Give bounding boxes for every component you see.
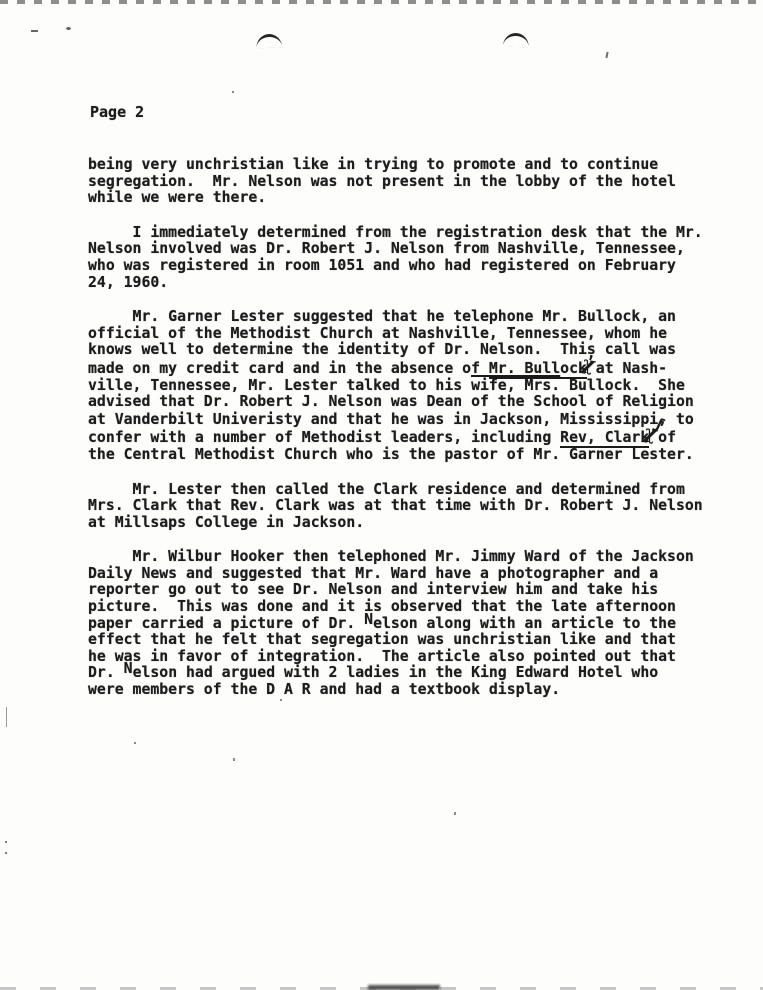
text-line: paper carried a picture of Dr. Nelson al… [88, 616, 736, 633]
ink-speck [233, 758, 235, 761]
text-segment: Bullock. She [560, 377, 685, 394]
text-segment: Mr. Garner Lester suggested that he tele… [88, 308, 676, 325]
text-line: Nelson involved was Dr. Robert J. Nelson… [88, 241, 736, 258]
text-segment: at Nash- [587, 360, 667, 377]
text-line: picture. This was done and it is observe… [88, 599, 736, 616]
text-segment: 24, 1960. [88, 274, 168, 291]
paragraph: being very unchristian like in trying to… [88, 157, 736, 207]
text-segment: segregation. Mr. Nelson was not present … [88, 173, 676, 190]
text-line: Dr. Nelson had argued with 2 ladies in t… [88, 665, 736, 682]
text-line: who was registered in room 1051 and who … [88, 258, 736, 275]
paragraph: I immediately determined from the regist… [88, 225, 736, 291]
ink-speck [605, 52, 608, 58]
text-line: Mrs. Clark that Rev. Clark was at that t… [88, 498, 736, 515]
text-line: official of the Methodist Church at Nash… [88, 326, 736, 343]
text-segment: advised that Dr. Robert J. Nelson was De… [88, 393, 694, 410]
perforation-edge-top [0, 0, 763, 4]
text-line: Daily News and suggested that Mr. Ward h… [88, 566, 736, 583]
pen-arc-mark [503, 33, 529, 48]
text-line: segregation. Mr. Nelson was not present … [88, 174, 736, 191]
text-line: Mr. Garner Lester suggested that he tele… [88, 309, 736, 326]
text-line: 24, 1960. [88, 275, 736, 292]
text-segment: confer with a number of Methodist leader… [88, 429, 560, 446]
ink-speck [5, 841, 7, 843]
text-segment: official of the Methodist Church at Nash… [88, 325, 667, 342]
text-segment: made on my credit card and in the absenc… [88, 360, 489, 377]
text-line: at Millsaps College in Jackson. [88, 515, 736, 532]
text-segment: the Central Methodist Church who is the … [88, 446, 694, 463]
ink-speck [232, 91, 234, 93]
page-number-label: Page 2 [90, 103, 144, 121]
ink-speck [66, 27, 71, 30]
text-segment: at Vanderbilt Univeristy and that he was… [88, 411, 658, 428]
scanned-document-page: Page 2 being very unchristian like in tr… [0, 0, 763, 990]
text-segment: reporter go out to see Dr. Nelson and in… [88, 581, 658, 598]
text-line: at Vanderbilt Univeristy and that he was… [88, 411, 736, 429]
text-segment: Mr. Lester then called the Clark residen… [88, 481, 685, 498]
text-segment: being very unchristian like in trying to… [88, 156, 658, 173]
bottom-smudge [368, 985, 440, 990]
text-line: advised that Dr. Robert J. Nelson was De… [88, 394, 736, 411]
text-line: Mr. Lester then called the Clark residen… [88, 482, 736, 499]
document-body: being very unchristian like in trying to… [88, 157, 736, 717]
text-line: reporter go out to see Dr. Nelson and in… [88, 582, 736, 599]
paragraph: Mr. Lester then called the Clark residen… [88, 482, 736, 532]
ink-speck [31, 30, 38, 32]
text-segment: at Millsaps College in Jackson. [88, 514, 364, 531]
text-segment: picture. This was done and it is observe… [88, 598, 676, 615]
paragraph: Mr. Wilbur Hooker then telephoned Mr. Ji… [88, 549, 736, 698]
text-segment: elson along with an article to the [373, 615, 676, 632]
text-line: ville, Tennessee, Mr. Lester talked to h… [88, 378, 736, 395]
text-segment: Daily News and suggested that Mr. Ward h… [88, 565, 658, 582]
sup-segment: N [364, 612, 373, 629]
text-segment: call was [596, 341, 676, 358]
text-segment: while we were there. [88, 189, 266, 206]
text-line: were members of the D A R and had a text… [88, 682, 736, 699]
sup-segment: N [124, 661, 133, 678]
text-segment: knows well to determine the identity of … [88, 341, 596, 358]
text-segment: Mr. Wilbur Hooker then telephoned Mr. Ji… [88, 548, 694, 565]
text-line: effect that he felt that segregation was… [88, 632, 736, 649]
text-line: being very unchristian like in trying to… [88, 157, 736, 174]
ink-speck [454, 812, 456, 815]
text-segment: effect that he felt that segregation was… [88, 631, 676, 648]
pen-arc-mark [256, 33, 283, 48]
text-segment: who was registered in room 1051 and who … [88, 257, 676, 274]
text-line: the Central Methodist Church who is the … [88, 447, 736, 464]
text-segment: Dr. [88, 664, 124, 681]
text-segment: ville, Tennessee, Mr. Lester talked to h… [88, 377, 471, 394]
paragraph: Mr. Garner Lester suggested that he tele… [88, 309, 736, 463]
ov-segment: wife, Mrs. [471, 377, 560, 394]
text-line: confer with a number of Methodist leader… [88, 428, 736, 447]
text-line: made on my credit card and in the absenc… [88, 359, 736, 378]
ink-speck [134, 742, 136, 744]
text-line: knows well to determine the identity of … [88, 342, 736, 359]
text-segment: were members of the D A R and had a text… [88, 681, 560, 698]
text-segment: I immediately determined from the regist… [88, 224, 703, 241]
text-line: he was in favor of integration. The arti… [88, 649, 736, 666]
text-line: while we were there. [88, 190, 736, 207]
text-segment: Nelson involved was Dr. Robert J. Nelson… [88, 240, 685, 257]
text-line: I immediately determined from the regist… [88, 225, 736, 242]
text-segment: he was in favor of integration. The arti… [88, 648, 676, 665]
scan-artifact-line [6, 707, 7, 727]
text-segment: elson had argued with 2 ladies in the Ki… [133, 664, 659, 681]
text-segment: Mrs. Clark that Rev. Clark was at that t… [88, 497, 703, 514]
ink-speck [5, 852, 7, 854]
text-line: Mr. Wilbur Hooker then telephoned Mr. Ji… [88, 549, 736, 566]
text-segment: paper carried a picture of Dr. [88, 615, 364, 632]
